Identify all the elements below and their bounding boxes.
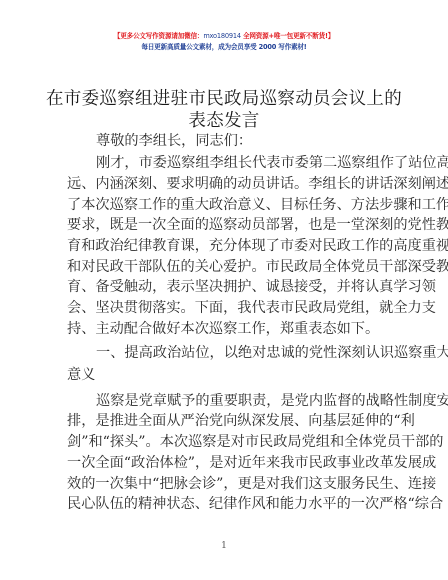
paragraph-line: 巡察是党章赋予的重要职责，是党内监督的战略性制度安 — [96, 393, 382, 409]
paragraph-line: 持、主动配合做好本次巡察工作，郑重表态如下。 — [67, 321, 382, 337]
paragraph-line: 和对民政干部队伍的关心爱护。市民政局全体党员干部深受教 — [67, 259, 382, 275]
paragraph-line: 远、内涵深刻、要求明确的动员讲话。李组长的讲话深刻阐述 — [67, 176, 382, 192]
wechat-id: mxo180914 — [203, 32, 241, 40]
paragraph-line: 剑”和“探头”。本次巡察是对市民政局党组和全体党员干部的 — [67, 434, 382, 450]
salutation: 尊敬的李组长，同志们： — [96, 133, 382, 149]
paragraph-line: 了本次巡察工作的重大政治意义、目标任务、方法步骤和工作 — [67, 197, 382, 213]
paragraph-line: 民心队伍的精神状态、纪律作风和能力水平的一次严格“综合 — [67, 496, 382, 512]
paragraph-line: 要求，既是一次全面的巡察动员部署，也是一堂深刻的党性教 — [67, 217, 382, 233]
section-heading-line: 意义 — [67, 367, 382, 383]
paragraph-line: 效的一次集中“把脉会诊”，更是对我们这支服务民生、连接 — [67, 476, 382, 492]
promo-banner-text: 【更多公文写作资源请加微信： — [114, 32, 204, 40]
page-number: 1 — [0, 541, 448, 551]
paragraph-line: 一次全面“政治体检”，是对近年来我市民政事业改革发展成 — [67, 455, 382, 471]
paragraph-line: 育和政治纪律教育课，充分体现了市委对民政工作的高度重视 — [67, 238, 382, 254]
document-title-line2: 表态发言 — [0, 107, 448, 132]
promo-banner-line1: 【更多公文写作资源请加微信：mxo180914 全网资源+唯一包更新不断货!】 — [0, 30, 448, 40]
paragraph-line: 排，是推进全面从严治党向纵深发展、向基层延伸的“利 — [67, 413, 382, 429]
promo-banner-text: 全网资源+唯一包更新不断货!】 — [241, 32, 334, 40]
paragraph-line: 育、备受触动，表示坚决拥护、诚恳接受，并将认真学习领 — [67, 279, 382, 295]
promo-banner-line2: 每日更新高质量公文素材，成为会员享受 2000 写作素材! — [0, 41, 448, 51]
paragraph-line: 会、坚决贯彻落实。下面，我代表市民政局党组，就全力支 — [67, 300, 382, 316]
document-page: 【更多公文写作资源请加微信：mxo180914 全网资源+唯一包更新不断货!】 … — [0, 0, 448, 580]
section-heading-line: 一、提高政治站位，以绝对忠诚的党性深刻认识巡察重大 — [96, 345, 382, 361]
paragraph-line: 刚才，市委巡察组李组长代表市委第二巡察组作了站位高 — [96, 155, 382, 171]
